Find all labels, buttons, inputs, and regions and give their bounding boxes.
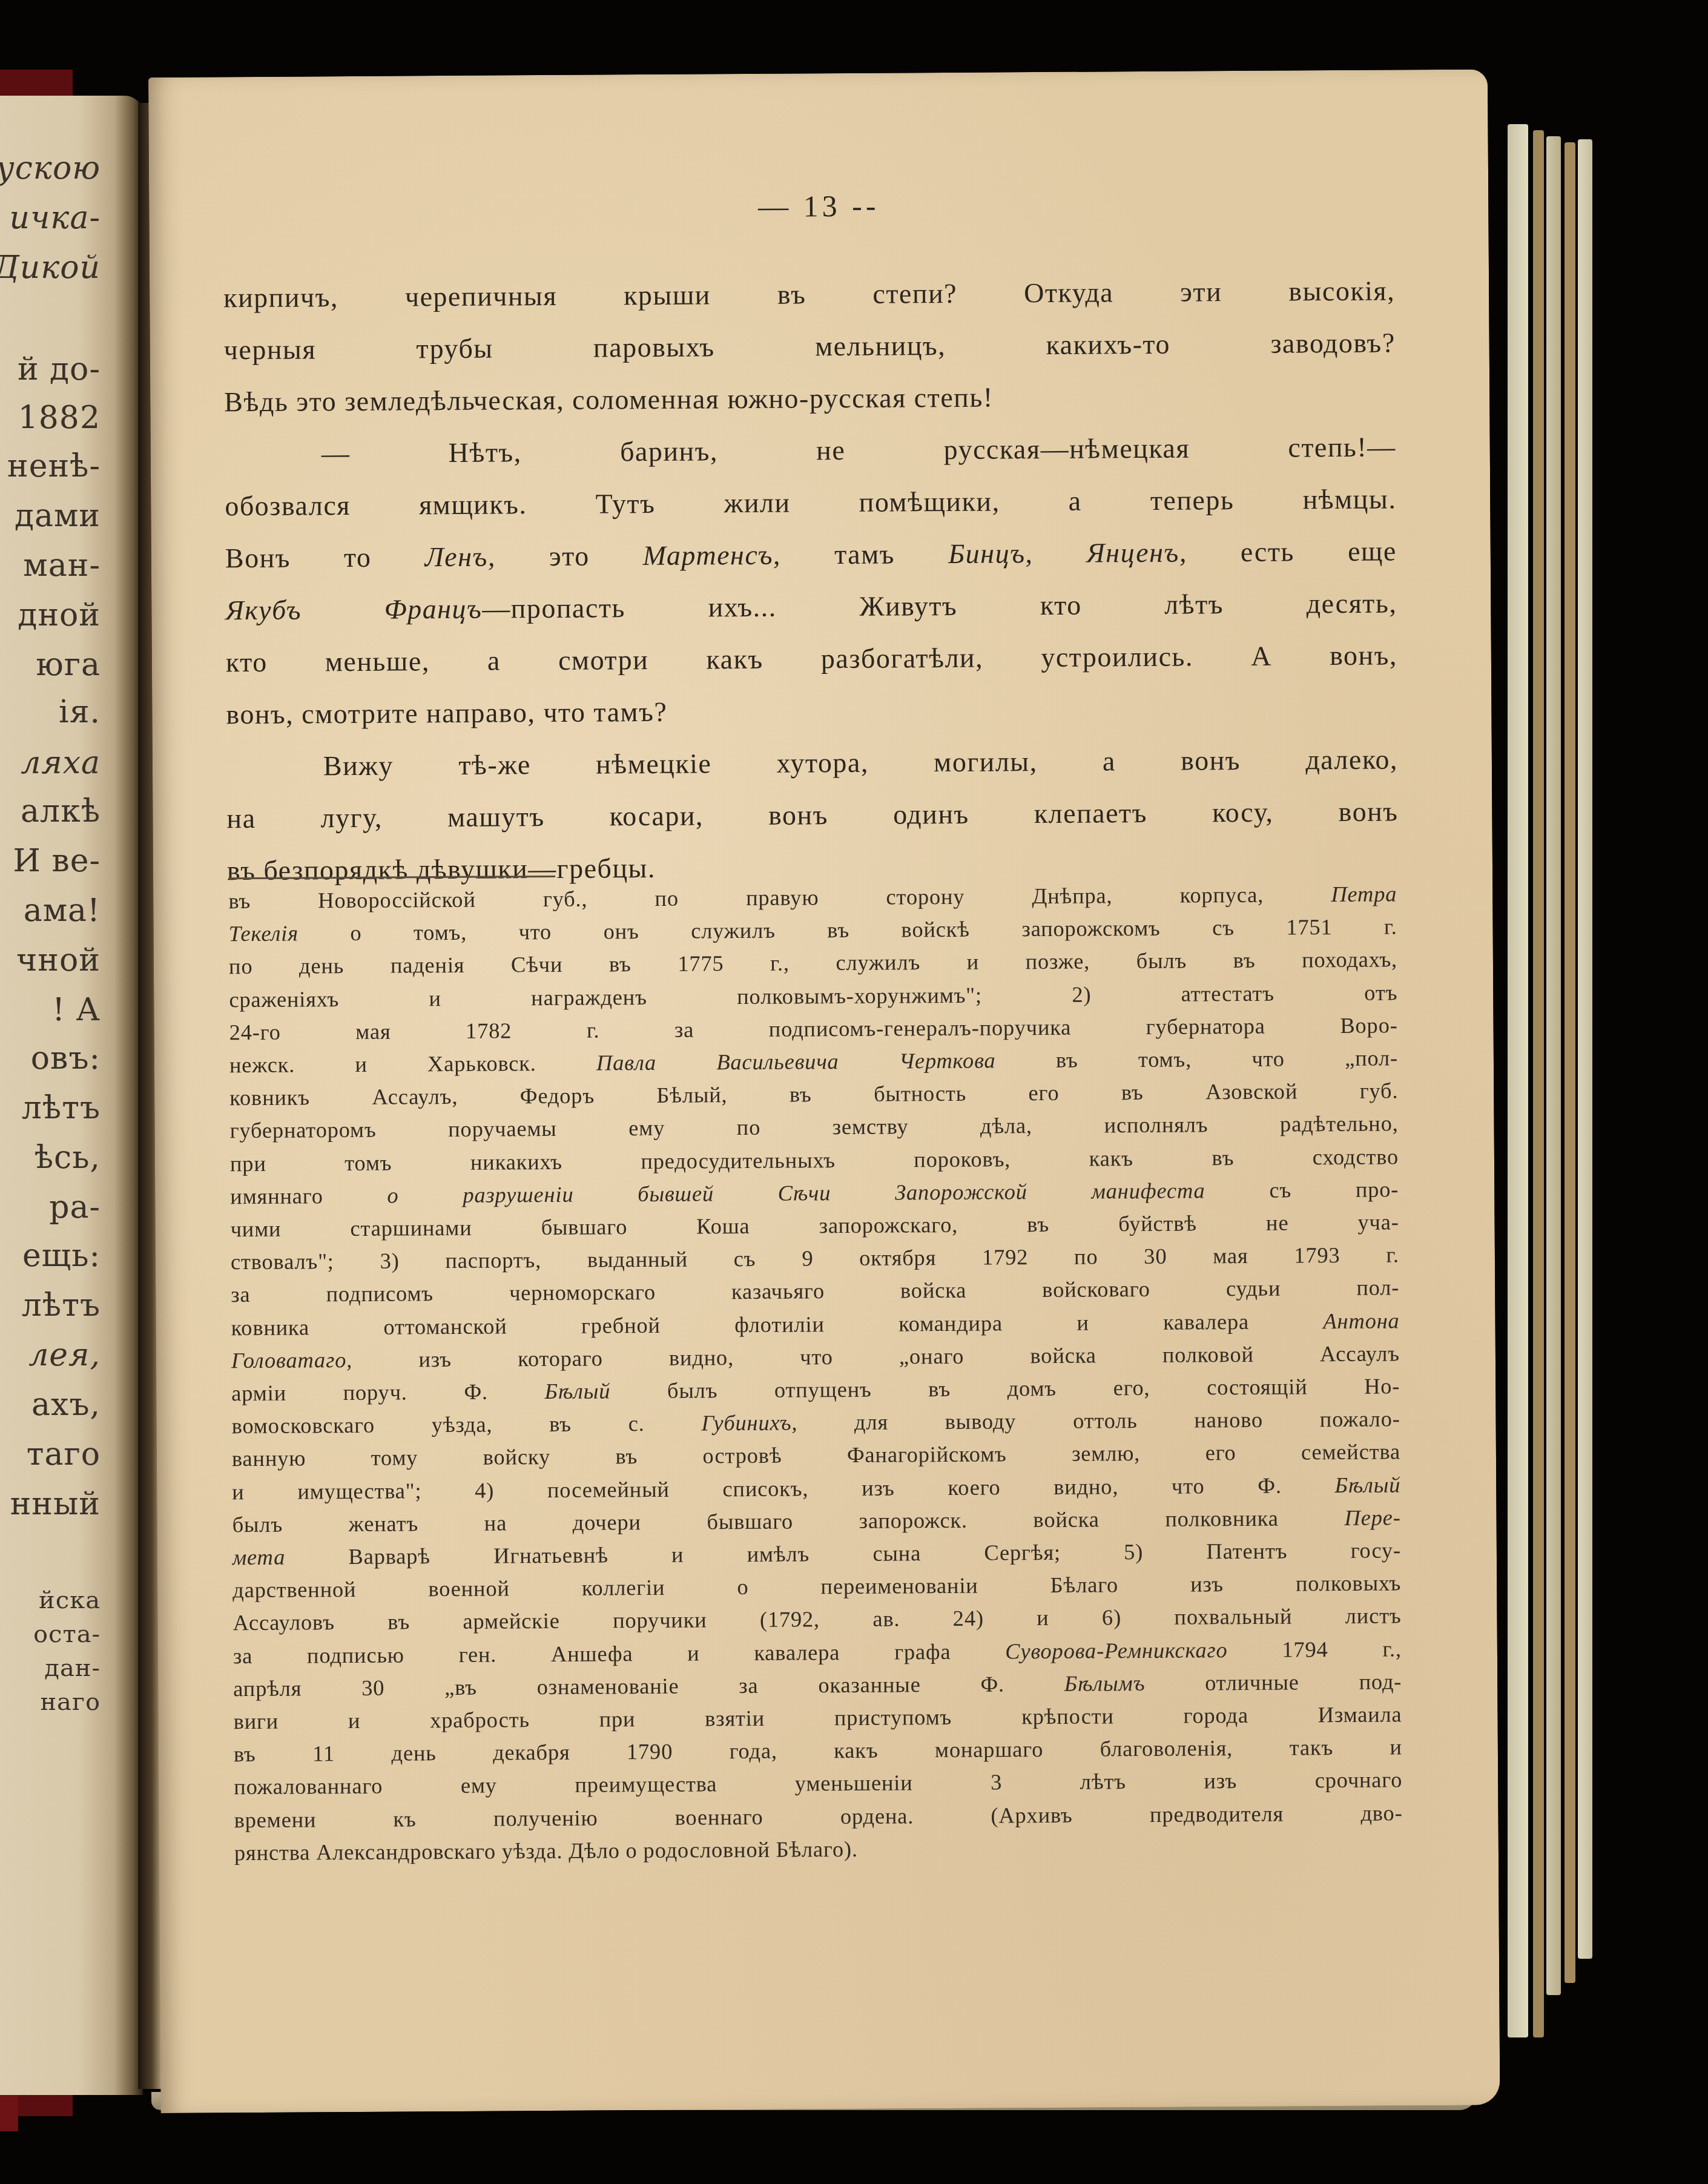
text-run: Вижу тѣ-же нѣмецкіе хутора, могилы, а во… xyxy=(323,744,1398,781)
text-run: вонъ, смотрите направо, что тамъ? xyxy=(226,696,667,730)
footnote-text: въ Новороссійской губ., по правую сторон… xyxy=(228,877,1403,1869)
text-run: отличные под- xyxy=(1145,1669,1402,1695)
left-page-fragment: ускою xyxy=(0,150,101,186)
left-page-fragment: 1882 xyxy=(18,400,101,436)
text-run: на лугу, машутъ косари, вонъ одинъ клепа… xyxy=(226,796,1398,834)
left-page-fragment: ! А xyxy=(52,992,101,1028)
italic-text: Ленъ, xyxy=(424,541,496,573)
left-page-fragment: ѣсь, xyxy=(35,1140,101,1176)
text-run: Вонъ то xyxy=(225,541,425,573)
left-page-fragment: дами xyxy=(15,498,101,534)
left-page-fragment: дан- xyxy=(44,1654,101,1682)
left-page-fragment: Дикой xyxy=(0,249,101,286)
left-page-fragment: ія. xyxy=(59,694,101,730)
text-run: губернаторомъ поручаемы ему по земству д… xyxy=(230,1111,1399,1143)
text-line: Вонъ то Ленъ, это Мартенсъ, тамъ Бинцъ, … xyxy=(225,525,1397,584)
italic-text: Суворова-Ремникскаго xyxy=(1005,1637,1228,1663)
text-run: по день паденія Сѣчи въ 1775 г., служилъ… xyxy=(229,947,1397,979)
text-run: нежск. и Харьковск. xyxy=(229,1051,596,1078)
page-edge xyxy=(1546,136,1561,1995)
italic-text: Головатаго, xyxy=(231,1347,352,1373)
text-run: чими старшинами бывшаго Коша запорожскаг… xyxy=(230,1209,1399,1241)
italic-text: Бѣлый xyxy=(1334,1472,1400,1497)
text-run: въ безпорядкѣ дѣвушки—гребцы. xyxy=(227,853,656,886)
text-run: ковникъ Ассаулъ, Федоръ Бѣлый, въ бытнос… xyxy=(229,1078,1398,1110)
text-run: — Нѣтъ, баринъ, не русская—нѣмецкая степ… xyxy=(321,431,1396,469)
text-run: изъ котораго видно, что „онаго войска по… xyxy=(352,1341,1400,1372)
text-run: для выводу оттоль наново пожало- xyxy=(797,1407,1400,1435)
text-run: вомосковскаго уѣзда, въ с. xyxy=(231,1411,701,1439)
left-page-fragment: наго xyxy=(40,1688,101,1716)
text-run: апрѣля 30 „въ ознаменованіе за оказанные… xyxy=(233,1671,1064,1701)
italic-text: Мартенсъ, xyxy=(643,539,782,571)
page-edge xyxy=(1565,142,1575,1983)
left-page-fragment: ичка- xyxy=(10,200,101,236)
text-line: черныя трубы паровыхъ мельницъ, какихъ-т… xyxy=(223,317,1395,376)
text-run: съ про- xyxy=(1205,1176,1399,1203)
text-line: на лугу, машутъ косари, вонъ одинъ клепа… xyxy=(226,785,1398,845)
text-run: —пропасть ихъ... Живутъ кто лѣтъ десять, xyxy=(482,587,1397,624)
text-run: Варварѣ Игнатьевнѣ и имѣлъ сына Сергѣя; … xyxy=(285,1537,1401,1569)
page-edges-stack xyxy=(1495,118,1598,2037)
left-facing-page: ускоюичка-Дикойй до-1882ненѣ-дамиман-дно… xyxy=(0,96,143,2095)
text-run: арміи поруч. Ф. xyxy=(231,1379,545,1405)
page-number: — 13 -- xyxy=(149,184,1488,228)
text-run: ванную тому войску въ островѣ Фанагорійс… xyxy=(232,1439,1400,1471)
left-page-fragment: дной xyxy=(18,597,101,633)
text-run: въ 11 день декабря 1790 года, какъ монар… xyxy=(234,1735,1402,1767)
left-page-fragment: И ве- xyxy=(13,843,101,879)
text-line: вонъ, смотрите направо, что тамъ? xyxy=(226,681,1397,741)
text-line: Вѣдь это земледѣльческая, соломенная южн… xyxy=(224,369,1396,428)
text-run: и имущества"; 4) посемейный списокъ, изъ… xyxy=(232,1473,1334,1504)
italic-text: Петра xyxy=(1331,881,1397,906)
text-run: виги и храбрость при взятіи приступомъ к… xyxy=(233,1701,1402,1734)
text-run: за подписью ген. Аншефа и кавалера графа xyxy=(233,1638,1005,1668)
text-run: это xyxy=(496,540,643,572)
italic-text: Антона xyxy=(1323,1308,1399,1333)
text-run: ствовалъ"; 3) паспортъ, выданный съ 9 ок… xyxy=(231,1242,1399,1275)
left-page-fragment: й до- xyxy=(18,351,101,388)
left-page-fragment: ахъ, xyxy=(31,1387,101,1423)
body-text: кирпичъ, черепичныя крыши въ степи? Отку… xyxy=(223,265,1399,897)
left-page-fragment: оста- xyxy=(33,1620,101,1648)
left-page-fragment: лея, xyxy=(28,1337,101,1373)
text-run: черныя трубы паровыхъ мельницъ, какихъ-т… xyxy=(224,327,1396,365)
left-page-fragment: таго xyxy=(27,1436,101,1473)
italic-text: Якубъ Францъ xyxy=(225,593,482,626)
text-line: — Нѣтъ, баринъ, не русская—нѣмецкая степ… xyxy=(225,421,1396,480)
text-run: Ассауловъ въ армейскіе поручики (1792, а… xyxy=(232,1603,1401,1635)
text-run: кто меньше, а смотри какъ разбогатѣли, у… xyxy=(226,639,1397,678)
text-line: Якубъ Францъ—пропасть ихъ... Живутъ кто … xyxy=(225,577,1397,636)
italic-text: Бѣлымъ xyxy=(1064,1671,1146,1696)
italic-text: мета xyxy=(232,1545,286,1570)
text-run: 24-го мая 1782 г. за подписомъ-генералъ-… xyxy=(229,1012,1398,1044)
text-run: при томъ никакихъ предосудительныхъ поро… xyxy=(230,1144,1399,1176)
text-run: пожалованнаго ему преимущества уменьшені… xyxy=(234,1767,1402,1800)
left-page-fragment: овъ: xyxy=(31,1040,101,1077)
right-page: — 13 -- кирпичъ, черепичныя крыши въ сте… xyxy=(148,69,1500,2113)
page-edge xyxy=(1508,124,1528,2037)
text-run: сраженіяхъ и награжденъ полковымъ-хорунж… xyxy=(229,980,1397,1012)
left-page-fragment: ра- xyxy=(49,1189,101,1226)
page-edge xyxy=(1533,130,1544,2037)
italic-text: Пере- xyxy=(1344,1505,1400,1530)
left-page-fragment: ама! xyxy=(24,892,101,929)
left-page-fragment: ненѣ- xyxy=(7,448,101,484)
text-line: кирпичъ, черепичныя крыши въ степи? Отку… xyxy=(223,265,1395,324)
text-run: ковника оттоманской гребной флотиліи ком… xyxy=(231,1308,1323,1340)
text-run: рянства Александровскаго уѣзда. Дѣло о р… xyxy=(234,1836,858,1865)
left-page-fragment: ман- xyxy=(23,547,101,584)
italic-text: о разрушеніи бывшей Сѣчи Запорожской ман… xyxy=(387,1178,1205,1207)
left-page-fragment: ещь: xyxy=(22,1238,101,1274)
left-page-fragment: нный xyxy=(10,1486,101,1522)
text-run: тамъ xyxy=(781,538,948,570)
text-run: времени къ полученію военнаго ордена. (А… xyxy=(234,1800,1402,1832)
italic-text: Текелія xyxy=(229,921,299,946)
left-page-fragment: йска xyxy=(39,1586,101,1614)
text-run: былъ женатъ на дочери бывшаго запорожск.… xyxy=(232,1505,1344,1537)
text-run: Вѣдь это земледѣльческая, соломенная южн… xyxy=(224,381,994,417)
text-run: о томъ, что онъ служилъ въ войскѣ запоро… xyxy=(298,914,1397,946)
left-page-fragment: чной xyxy=(16,942,101,978)
text-run: кирпичъ, черепичныя крыши въ степи? Отку… xyxy=(223,275,1395,313)
italic-text: Павла Васильевича Черткова xyxy=(596,1047,996,1075)
left-page-fragment: алкѣ xyxy=(21,793,101,830)
left-page-fragment: лѣтъ xyxy=(22,1090,101,1126)
text-run: обозвался ямщикъ. Тутъ жили помѣщики, а … xyxy=(225,483,1396,521)
text-run: дарственной военной коллегіи о переимено… xyxy=(232,1571,1401,1603)
left-page-fragment: ляха xyxy=(21,745,101,781)
text-line: кто меньше, а смотри какъ разбогатѣли, у… xyxy=(226,629,1397,688)
text-run: есть еще xyxy=(1187,535,1397,567)
left-page-fragment: лѣтъ xyxy=(22,1287,101,1324)
page-edge xyxy=(1578,139,1592,1959)
text-run: въ томъ, что „пол- xyxy=(995,1045,1398,1072)
text-line: обозвался ямщикъ. Тутъ жили помѣщики, а … xyxy=(225,473,1396,532)
text-run: имяннаго xyxy=(230,1183,387,1209)
text-run: былъ отпущенъ въ домъ его, состоящій Но- xyxy=(610,1373,1400,1403)
text-run: въ Новороссійской губ., по правую сторон… xyxy=(228,882,1331,913)
text-line: рянства Александровскаго уѣзда. Дѣло о р… xyxy=(234,1829,1403,1869)
text-run: за подписомъ черноморскаго казачьяго вой… xyxy=(231,1275,1399,1307)
italic-text: Бинцъ, Янценъ, xyxy=(948,537,1187,569)
italic-text: Бѣлый xyxy=(544,1378,610,1404)
text-run: 1794 г., xyxy=(1227,1636,1402,1662)
text-line: Вижу тѣ-же нѣмецкіе хутора, могилы, а во… xyxy=(226,733,1398,793)
left-page-fragment: юга xyxy=(36,647,101,683)
italic-text: Губинихъ, xyxy=(701,1410,797,1436)
